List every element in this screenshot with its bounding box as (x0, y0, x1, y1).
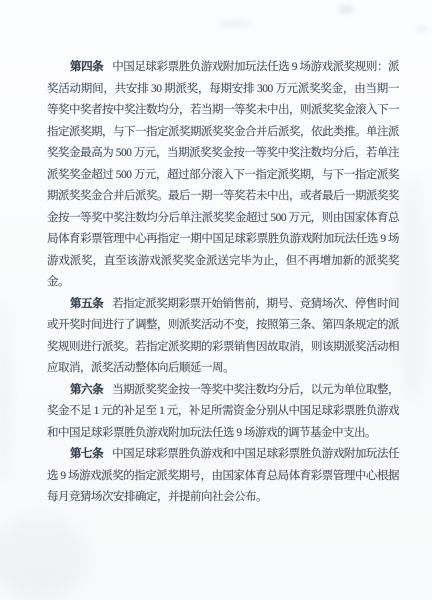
article-5-label: 第五条 (70, 298, 103, 310)
document-text-block: 第四条中国足球彩票胜负游戏附加玩法任选 9 场游戏派奖规则：派奖活动期间，共安排… (47, 57, 399, 509)
scan-artifact (0, 515, 87, 600)
paragraph-article-4: 第四条中国足球彩票胜负游戏附加玩法任选 9 场游戏派奖规则：派奖活动期间，共安排… (47, 57, 399, 294)
scanned-document-page: 第四条中国足球彩票胜负游戏附加玩法任选 9 场游戏派奖规则：派奖活动期间，共安排… (0, 0, 432, 600)
article-7-label: 第七条 (70, 448, 103, 460)
paragraph-article-7: 第七条中国足球彩票胜负游戏和中国足球彩票胜负游戏附加玩法任选 9 场游戏派奖的指… (47, 444, 399, 509)
scan-artifact (218, 20, 252, 27)
article-6-label: 第六条 (70, 384, 103, 396)
scan-artifact (398, 175, 428, 405)
paragraph-article-5: 第五条若指定派奖期彩票开始销售前，期号、竞猜场次、停售时间或开奖时间进行了调整，… (47, 294, 399, 380)
article-4-label: 第四条 (70, 61, 103, 73)
scan-artifact (338, 4, 354, 15)
scan-artifact (415, 26, 427, 32)
scan-artifact (0, 295, 12, 485)
paragraph-article-6: 第六条当期派奖奖金按一等奖中奖注数均分后，以元为单位取整，奖金不足 1 元的补足… (47, 380, 399, 445)
article-4-text: 中国足球彩票胜负游戏附加玩法任选 9 场游戏派奖规则：派奖活动期间，共安排 30… (47, 61, 399, 288)
